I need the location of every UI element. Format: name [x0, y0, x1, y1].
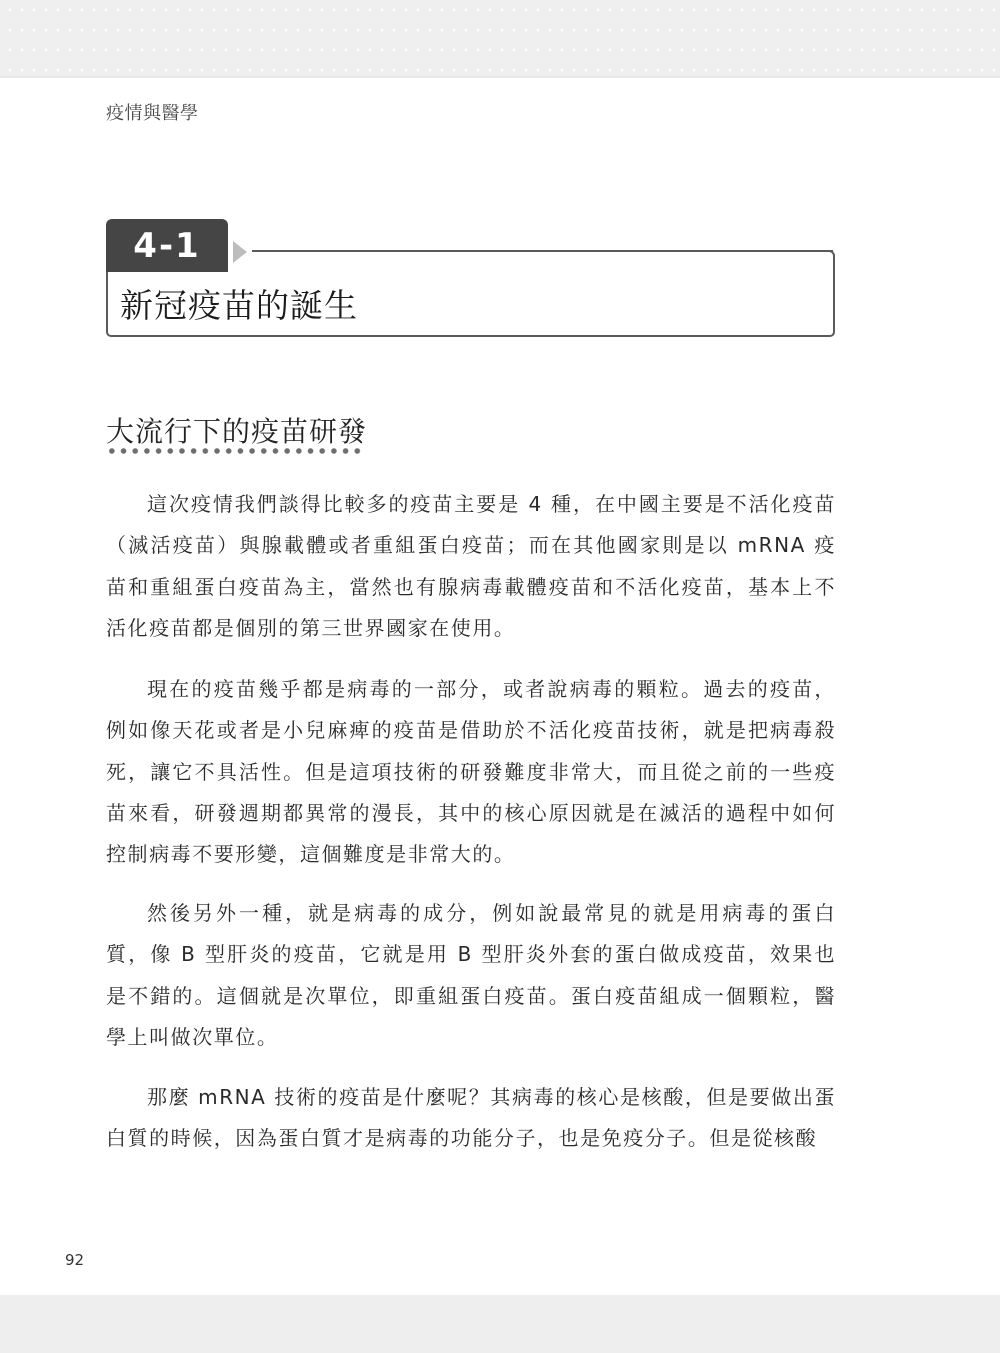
paragraph-text: 現在的疫苗幾乎都是病毒的一部分，或者說病毒的顆粒。過去的疫苗，例如像天花或者是小… — [106, 669, 836, 875]
section-number: 4-1 — [133, 226, 200, 266]
section-number-tab: 4-1 — [106, 219, 228, 272]
page-number: 92 — [65, 1251, 84, 1269]
subsection-heading: 大流行下的疫苗研發 — [106, 410, 367, 450]
paragraph-3: 然後另外一種，就是病毒的成分，例如說最常見的就是用病毒的蛋白質，像 B 型肝炎的… — [106, 893, 836, 1058]
section-title: 新冠疫苗的誕生 — [120, 280, 358, 327]
paragraph-text: 那麼 mRNA 技術的疫苗是什麼呢？其病毒的核心是核酸，但是要做出蛋白質的時候，… — [106, 1077, 836, 1160]
paragraph-text: 這次疫情我們談得比較多的疫苗主要是 4 種，在中國主要是不活化疫苗（滅活疫苗）與… — [106, 484, 836, 649]
bottom-band — [0, 1295, 1000, 1353]
paragraph-2: 現在的疫苗幾乎都是病毒的一部分，或者說病毒的顆粒。過去的疫苗，例如像天花或者是小… — [106, 669, 836, 875]
paragraph-4: 那麼 mRNA 技術的疫苗是什麼呢？其病毒的核心是核酸，但是要做出蛋白質的時候，… — [106, 1077, 836, 1160]
top-decorative-band — [0, 0, 1000, 78]
section-box-top-border — [252, 250, 833, 252]
section-box-corner — [822, 250, 835, 263]
paragraph-text: 然後另外一種，就是病毒的成分，例如說最常見的就是用病毒的蛋白質，像 B 型肝炎的… — [106, 893, 836, 1058]
paragraph-1: 這次疫情我們談得比較多的疫苗主要是 4 種，在中國主要是不活化疫苗（滅活疫苗）與… — [106, 484, 836, 649]
triangle-arrow-icon — [233, 241, 247, 263]
dotted-underline — [106, 447, 362, 455]
running-head: 疫情與醫學 — [106, 99, 199, 125]
